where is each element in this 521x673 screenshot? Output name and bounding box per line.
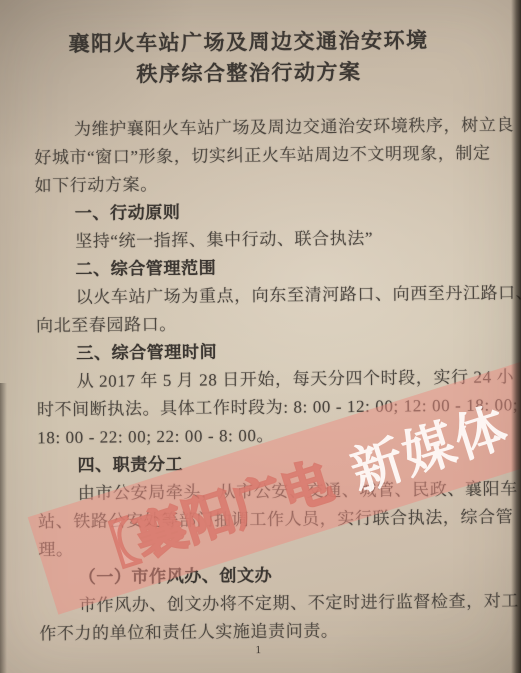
paper-left-edge-shadow bbox=[0, 383, 7, 673]
document-title: 襄阳火车站广场及周边交通治安环境 秩序综合整治行动方案 bbox=[0, 24, 510, 91]
paper-right-edge-shadow bbox=[511, 0, 521, 673]
page-number: 1 bbox=[255, 644, 261, 656]
doc-line: 以火车站广场为重点，向东至清河路口、向西至丹江路口、 bbox=[36, 280, 488, 313]
document-photo: 襄阳火车站广场及周边交通治安环境 秩序综合整治行动方案 为维护襄阳火车站广场及周… bbox=[0, 0, 521, 673]
doc-line: 好城市“窗口”形象，切实纠正火车站周边不文明现象，制定 bbox=[34, 140, 486, 173]
document-title-line-2: 秩序综合整治行动方案 bbox=[0, 55, 510, 91]
doc-line: 作不力的单位和责任人实施追责问责。 bbox=[39, 616, 491, 649]
